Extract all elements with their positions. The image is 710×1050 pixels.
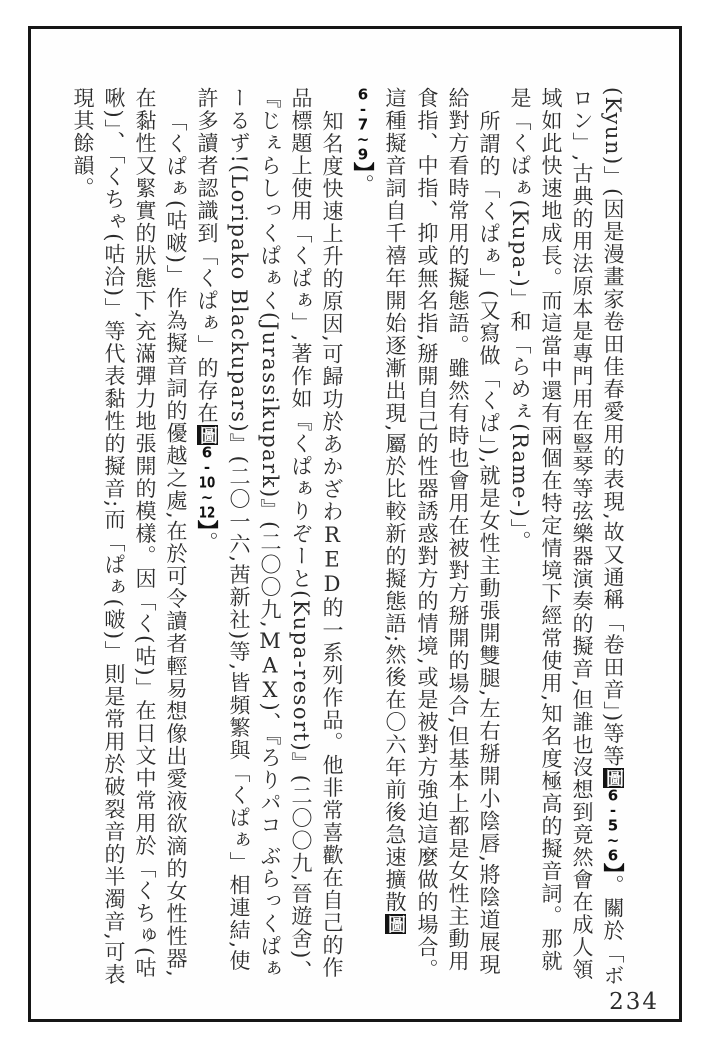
figure-number: 12 [198, 505, 216, 520]
figure-label-icon: 圖 [603, 768, 624, 788]
text-columns: (Kyun)」(因是漫畫家卷田佳春愛用的表現,故又通稱「卷田音」)等等圖6-5~… [67, 87, 629, 989]
figure-number: 6 [198, 445, 216, 460]
figure-number: 9 [354, 147, 372, 162]
figure-label-icon: 圖 [385, 914, 406, 934]
figure-reference: 圖6-10~12】 [195, 425, 220, 532]
figure-label-icon: 圖 [197, 425, 218, 445]
upright-acronym: MAX [258, 629, 282, 703]
paragraph: (Kyun)」(因是漫畫家卷田佳春愛用的表現,故又通稱「卷田音」)等等圖6-5~… [504, 87, 629, 989]
figure-number: - [354, 102, 372, 117]
figure-number: 5 [604, 818, 622, 833]
figure-number: 6 [604, 788, 622, 803]
figure-close-bracket: 】 [195, 520, 220, 532]
figure-number: 6 [354, 87, 372, 102]
paragraph: 知名度快速上升的原因,可歸功於あかざわRED的一系列作品。他非常喜歡在自己的作品… [191, 87, 347, 989]
page-frame: (Kyun)」(因是漫畫家卷田佳春愛用的表現,故又通稱「卷田音」)等等圖6-5~… [28, 26, 682, 1022]
figure-number: - [604, 803, 622, 818]
paragraph: 「くぱぁ(咕啵)」作為擬音詞的優越之處,在於可令讀者輕易想像出愛液欲滴的女性性器… [67, 87, 191, 989]
figure-number: ~ [198, 490, 216, 505]
figure-number: - [198, 460, 216, 475]
figure-number: 6 [604, 848, 622, 863]
paragraph: 所謂的「くぱぁ」(又寫做「くぱ」),就是女性主動張開雙腿,左右掰開小陰唇,將陰道… [347, 87, 504, 989]
figure-number: 10 [198, 475, 216, 490]
figure-close-bracket: 】 [601, 863, 626, 875]
figure-close-bracket: 】 [351, 162, 376, 174]
figure-number: 7 [354, 117, 372, 132]
figure-number: ~ [604, 833, 622, 848]
figure-reference: 圖6-7~9】 [351, 87, 408, 934]
page-number: 234 [609, 989, 659, 1015]
figure-reference: 圖6-5~6】 [601, 768, 626, 875]
upright-acronym: RED [320, 523, 344, 597]
figure-number: ~ [354, 132, 372, 147]
